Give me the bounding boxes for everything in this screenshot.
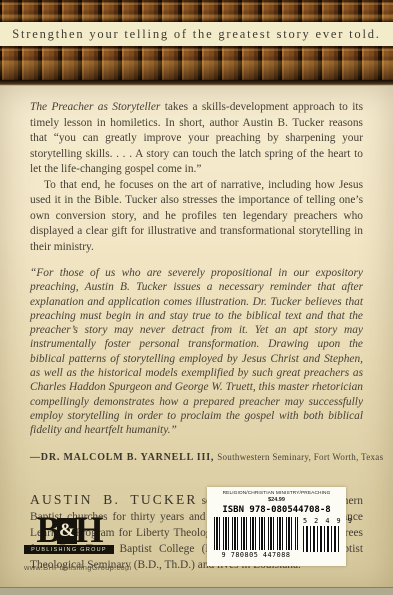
bh-logo-letter-b: B [36,510,59,551]
barcode-panel: RELIGION/CHRISTIAN MINISTRY/PREACHING $2… [207,487,346,566]
publisher-logo: B&H PUBLISHING GROUP www.BHPublishingGro… [24,512,114,572]
publishing-group-label: PUBLISHING GROUP [24,545,114,554]
book-back-cover: Strengthen your telling of the greatest … [0,0,393,595]
intro-paragraph-1: The Preacher as Storyteller takes a skil… [30,100,363,178]
author-name: AUSTIN B. TUCKER [30,492,198,507]
isbn-label: ISBN 978-080544708-8 [207,505,346,515]
ean-barcode [214,517,298,550]
category-label: RELIGION/CHRISTIAN MINISTRY/PREACHING [207,491,346,496]
book-spines-top [0,0,393,22]
endorser-affiliation: Southwestern Seminary, Fort Worth, Texas [217,452,383,462]
price-addon-barcode [303,526,339,552]
barcode-row: 9 780805 447088 5 2 4 9 9 [207,517,346,559]
bh-logo-letter-h: H [75,510,102,551]
price-addon-block: 5 2 4 9 9 [303,517,339,559]
book-spines-bottom [0,46,393,80]
ean-barcode-block: 9 780805 447088 [214,517,298,559]
tagline-text: Strengthen your telling of the greatest … [12,27,380,42]
bh-logo: B&H [24,512,114,550]
intro-paragraph-2: To that end, he focuses on the art of na… [30,178,363,256]
ean-digits: 9 780805 447088 [214,551,298,559]
endorsement-attribution: —DR. MALCOLM B. YARNELL III,Southwestern… [30,447,363,465]
publisher-website: www.BHPublishingGroup.com [24,563,114,572]
tagline-banner: Strengthen your telling of the greatest … [0,22,393,46]
book-title-phrase: The Preacher as Storyteller [30,101,160,113]
table-edge [0,587,393,595]
endorser-name: —DR. MALCOLM B. YARNELL III, [30,452,214,463]
price-addon-digits: 5 2 4 9 9 [303,517,339,525]
bookshelf-photo: Strengthen your telling of the greatest … [0,0,393,86]
ampersand-icon: & [57,518,77,544]
price-label: $24.99 [207,497,346,503]
endorsement-quote: “For those of us who are severely propos… [30,266,363,438]
